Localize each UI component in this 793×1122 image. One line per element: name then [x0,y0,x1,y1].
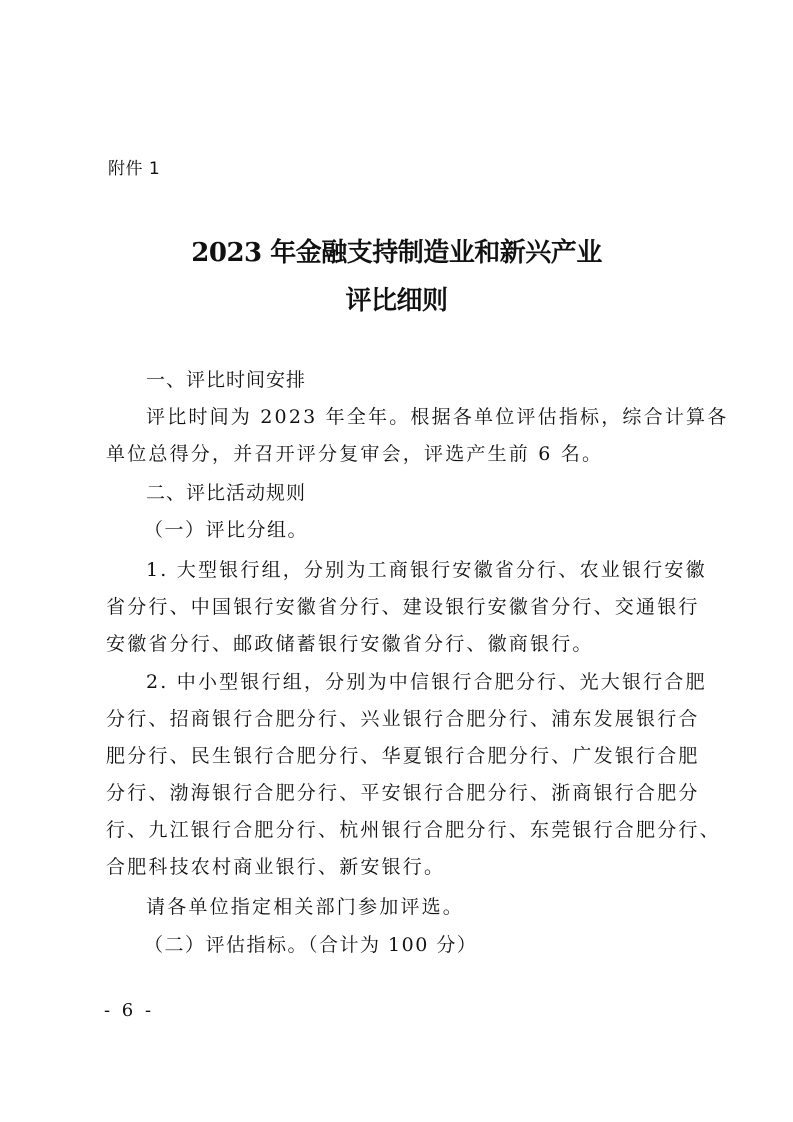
paragraph-line: 单位总得分，并召开评分复审会，评选产生前 6 名。 [106,439,603,466]
list-item-line: 2. 中小型银行组，分别为中信银行合肥分行、光大银行合肥 [146,667,696,694]
subsection-heading-1: （一）评比分组。 [144,515,308,542]
document-title-line-1: 2023 年金融支持制造业和新兴产业 [0,232,793,269]
list-item-line: 分行、渤海银行合肥分行、平安银行合肥分行、浙商银行合肥分 [106,778,696,805]
list-item-line: 1. 大型银行组，分别为工商银行安徽省分行、农业银行安徽 [146,555,696,582]
list-item-line: 合肥科技农村商业银行、新安银行。 [106,852,445,879]
list-item-line: 分行、招商银行合肥分行、兴业银行合肥分行、浦东发展银行合 [106,704,696,731]
list-item-line: 省分行、中国银行安徽省分行、建设银行安徽省分行、交通银行 [106,592,696,619]
subsection-heading-2: （二）评估指标。（合计为 100 分） [144,930,477,957]
paragraph-line: 评比时间为 2023 年全年。根据各单位评估指标，综合计算各 [146,402,696,429]
attachment-label: 附件 1 [108,154,160,179]
page-number: - 6 - [104,1000,154,1021]
section-heading-2: 二、评比活动规则 [146,478,306,505]
list-item-line: 肥分行、民生银行合肥分行、华夏银行合肥分行、广发银行合肥 [106,741,696,768]
section-heading-1: 一、评比时间安排 [146,365,306,392]
note-text: 请各单位指定相关部门参加评选。 [146,892,464,919]
list-item-line: 安徽省分行、邮政储蓄银行安徽省分行、徽商银行。 [106,629,594,656]
list-item-line: 行、九江银行合肥分行、杭州银行合肥分行、东莞银行合肥分行、 [106,815,696,842]
document-title-line-2: 评比细则 [0,280,793,317]
